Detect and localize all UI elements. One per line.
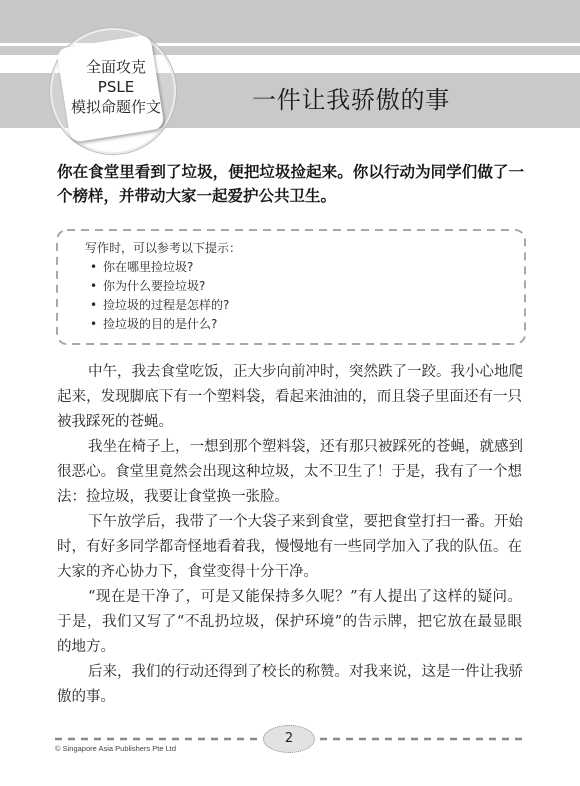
prompt-line: 你在食堂里看到了垃圾，便把垃圾捡起来。你以行动为同学们做了一 <box>57 160 524 184</box>
hint-item: • 捡垃圾的目的是什么? <box>85 315 241 334</box>
essay-paragraph: 我坐在椅子上，一想到那个塑料袋，还有那只被踩死的苍蝇，就感到 很恶心。食堂里竟然… <box>57 435 522 510</box>
essay-line: “现在是干净了，可是又能保持多久呢？”有人提出了这样的疑问。 <box>57 585 522 610</box>
bullet-icon: • <box>90 277 97 296</box>
essay-line: 很恶心。食堂里竟然会出现这种垃圾，太不卫生了！于是，我有了一个想 <box>57 460 522 485</box>
textbook-page: 全面攻克 PSLE 模拟命题作文 一件让我骄傲的事 你在食堂里看到了垃圾，便把垃… <box>0 0 580 786</box>
bullet-icon: • <box>90 315 97 334</box>
hint-text: 你为什么要捡垃圾? <box>103 279 205 293</box>
writing-hints: 写作时，可以参考以下提示： • 你在哪里捡垃圾? • 你为什么要捡垃圾? • 捡… <box>85 239 241 334</box>
series-badge: 全面攻克 PSLE 模拟命题作文 <box>56 57 176 117</box>
essay-line: 于是，我们又写了“不乱扔垃圾，保护环境”的告示牌，把它放在最显眼 <box>57 610 522 635</box>
prompt-line: 个榜样，并带动大家一起爱护公共卫生。 <box>57 184 524 208</box>
copyright-notice: © Singapore Asia Publishers Pte Ltd <box>55 744 176 754</box>
essay-body: 中午，我去食堂吃饭，正大步向前冲时，突然跌了一跤。我小心地爬 起来，发现脚底下有… <box>57 360 522 710</box>
page-number: 2 <box>263 725 315 753</box>
essay-line: 被我踩死的苍蝇。 <box>57 410 522 435</box>
essay-prompt: 你在食堂里看到了垃圾，便把垃圾捡起来。你以行动为同学们做了一 个榜样，并带动大家… <box>57 160 524 208</box>
hint-text: 你在哪里捡垃圾? <box>103 260 193 274</box>
badge-line-3: 模拟命题作文 <box>56 97 176 117</box>
essay-line: 大家的齐心协力下，食堂变得十分干净。 <box>57 560 522 585</box>
essay-line: 时，有好多同学都奇怪地看着我，慢慢地有一些同学加入了我的队伍。在 <box>57 535 522 560</box>
essay-line: 傲的事。 <box>57 685 522 710</box>
hints-intro: 写作时，可以参考以下提示： <box>85 239 241 258</box>
badge-line-2: PSLE <box>56 77 176 97</box>
essay-paragraph: 后来，我们的行动还得到了校长的称赞。对我来说，这是一件让我骄 傲的事。 <box>57 660 522 710</box>
essay-paragraph: 中午，我去食堂吃饭，正大步向前冲时，突然跌了一跤。我小心地爬 起来，发现脚底下有… <box>57 360 522 435</box>
bullet-icon: • <box>90 296 97 315</box>
essay-line: 法：捡垃圾，我要让食堂换一张脸。 <box>57 485 522 510</box>
essay-line: 我坐在椅子上，一想到那个塑料袋，还有那只被踩死的苍蝇，就感到 <box>57 435 522 460</box>
hint-item: • 捡垃圾的过程是怎样的? <box>85 296 241 315</box>
hint-text: 捡垃圾的目的是什么? <box>103 317 217 331</box>
essay-paragraph: 下午放学后，我带了一个大袋子来到食堂，要把食堂打扫一番。开始 时，有好多同学都奇… <box>57 510 522 585</box>
bullet-icon: • <box>90 258 97 277</box>
essay-line: 的地方。 <box>57 635 522 660</box>
badge-line-1: 全面攻克 <box>56 57 176 77</box>
page-title: 一件让我骄傲的事 <box>252 86 450 114</box>
hint-item: • 你为什么要捡垃圾? <box>85 277 241 296</box>
essay-paragraph: “现在是干净了，可是又能保持多久呢？”有人提出了这样的疑问。 于是，我们又写了“… <box>57 585 522 660</box>
hint-text: 捡垃圾的过程是怎样的? <box>103 298 229 312</box>
essay-line: 中午，我去食堂吃饭，正大步向前冲时，突然跌了一跤。我小心地爬 <box>57 360 522 385</box>
essay-line: 后来，我们的行动还得到了校长的称赞。对我来说，这是一件让我骄 <box>57 660 522 685</box>
hint-item: • 你在哪里捡垃圾? <box>85 258 241 277</box>
essay-line: 起来，发现脚底下有一个塑料袋，看起来油油的，而且袋子里面还有一只 <box>57 385 522 410</box>
essay-line: 下午放学后，我带了一个大袋子来到食堂，要把食堂打扫一番。开始 <box>57 510 522 535</box>
